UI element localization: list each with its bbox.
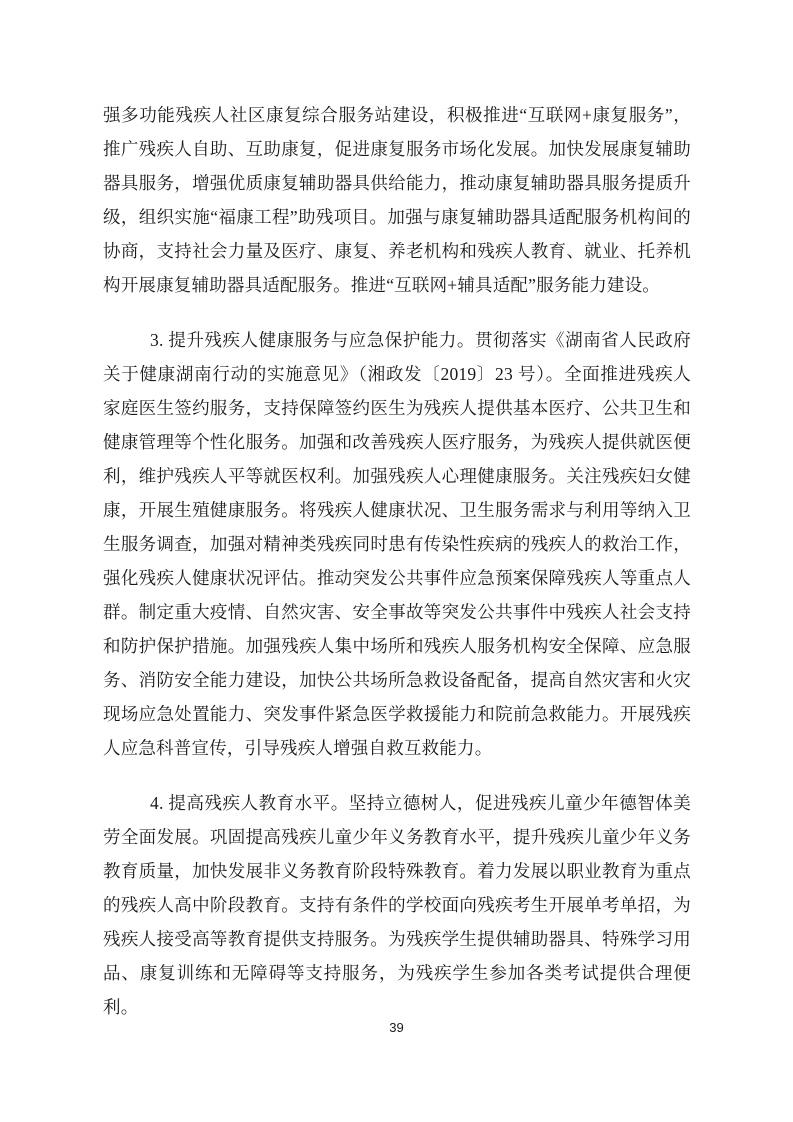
document-content: 强多功能残疾人社区康复综合服务站建设，积极推进“互联网+康复服务”，推广残疾人自… [103, 98, 691, 1024]
paragraph-health-emergency-protection: 3. 提升残疾人健康服务与应急保护能力。贯彻落实《湖南省人民政府关于健康湖南行动… [103, 323, 691, 765]
page-number-footer: 39 [0, 1020, 793, 1035]
paragraph-rehab-services: 强多功能残疾人社区康复综合服务站建设，积极推进“互联网+康复服务”，推广残疾人自… [103, 98, 691, 302]
paragraph-education-level: 4. 提高残疾人教育水平。坚持立德树人，促进残疾儿童少年德智体美劳全面发展。巩固… [103, 786, 691, 1024]
document-page: 强多功能残疾人社区康复综合服务站建设，积极推进“互联网+康复服务”，推广残疾人自… [0, 0, 793, 1122]
